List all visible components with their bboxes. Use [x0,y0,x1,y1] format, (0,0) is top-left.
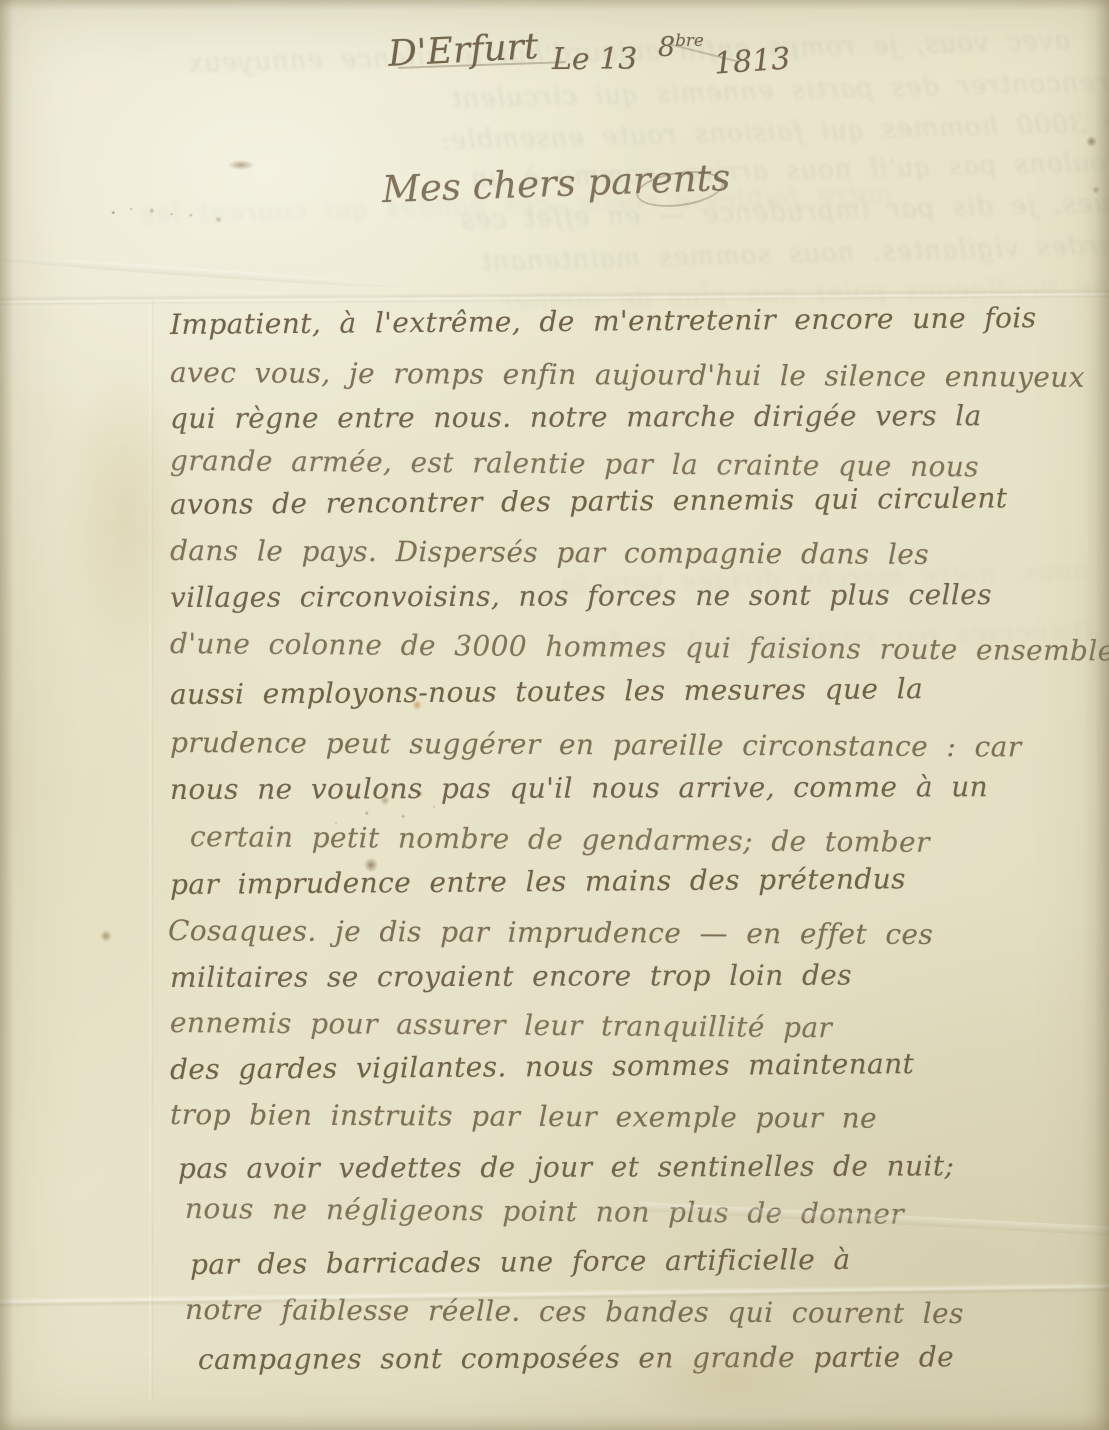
paper-edge [0,0,1109,10]
letter-line: ennemis pour assurer leur tranquillité p… [170,1006,833,1044]
foxing-spot [228,160,254,170]
letter-line: trop bien instruits par leur exemple pou… [170,1098,877,1135]
dateline-month-superscript: bre [675,30,704,50]
letter-line: campagnes sont composées en grande parti… [198,1340,954,1376]
letter-line: avec vous, je romps enfin aujourd'hui le… [170,356,1085,394]
ink-speck-trail [88,161,254,286]
letter-line: nous ne voulons pas qu'il nous arrive, c… [170,770,988,806]
paper-edge [0,1414,1109,1430]
salutation: Mes chers parents [381,156,731,211]
letter-line: qui règne entre nous. notre marche dirig… [170,399,982,435]
letter-line: Cosaques. je dis par imprudence — en eff… [168,914,933,951]
letter-line: prudence peut suggérer en pareille circo… [170,726,1022,763]
letter-line: pas avoir vedettes de jour et sentinelle… [178,1149,954,1185]
letter-line: notre faiblesse réelle. ces bandes qui c… [185,1293,964,1330]
dateline-month-number: 8 [658,32,675,63]
dateline-place: D'Erfurt [387,26,539,75]
paper-edge [0,0,14,1430]
letter-line: avons de rencontrer des partis ennemis q… [170,481,1008,521]
letter-line: des gardes vigilantes. nous sommes maint… [170,1047,915,1086]
letter-line: nous ne négligeons point non plus de don… [185,1192,904,1231]
letter-line: militaires se croyaient encore trop loin… [170,959,852,994]
fold-crease-diagonal [0,253,400,290]
letter-line: aussi employons-nous toutes les mesures … [170,672,923,711]
foxing-spot [100,930,112,942]
show-through-line: des gardes vigilantes. nous sommes maint… [480,229,1109,278]
dateline-day: Le 13 [552,42,637,77]
letter-line: par des barricades une force artificiell… [190,1243,851,1281]
show-through-line: d'une colonne de 3000 hommes qui faision… [440,102,1109,156]
letter-page: avec vous, je romps enfin aujourd'hui le… [0,0,1109,1430]
fold-crease-vertical [148,300,154,1400]
paper-edge [1083,0,1109,1430]
dateline-year: 1813 [713,41,792,81]
letter-line: dans le pays. Dispersés par compagnie da… [170,534,929,571]
letter-line: certain petit nombre de gendarmes; de to… [190,820,930,859]
letter-line: grande armée, est ralentie par la craint… [170,444,979,483]
letter-line: Impatient, à l'extrême, de m'entretenir … [170,301,1037,341]
letter-line: par imprudence entre les mains des préte… [170,862,906,901]
dateline-month: 8bre [658,30,704,63]
letter-line: d'une colonne de 3000 hommes qui faision… [170,627,1109,667]
letter-line: villages circonvoisins, nos forces ne so… [170,578,992,614]
